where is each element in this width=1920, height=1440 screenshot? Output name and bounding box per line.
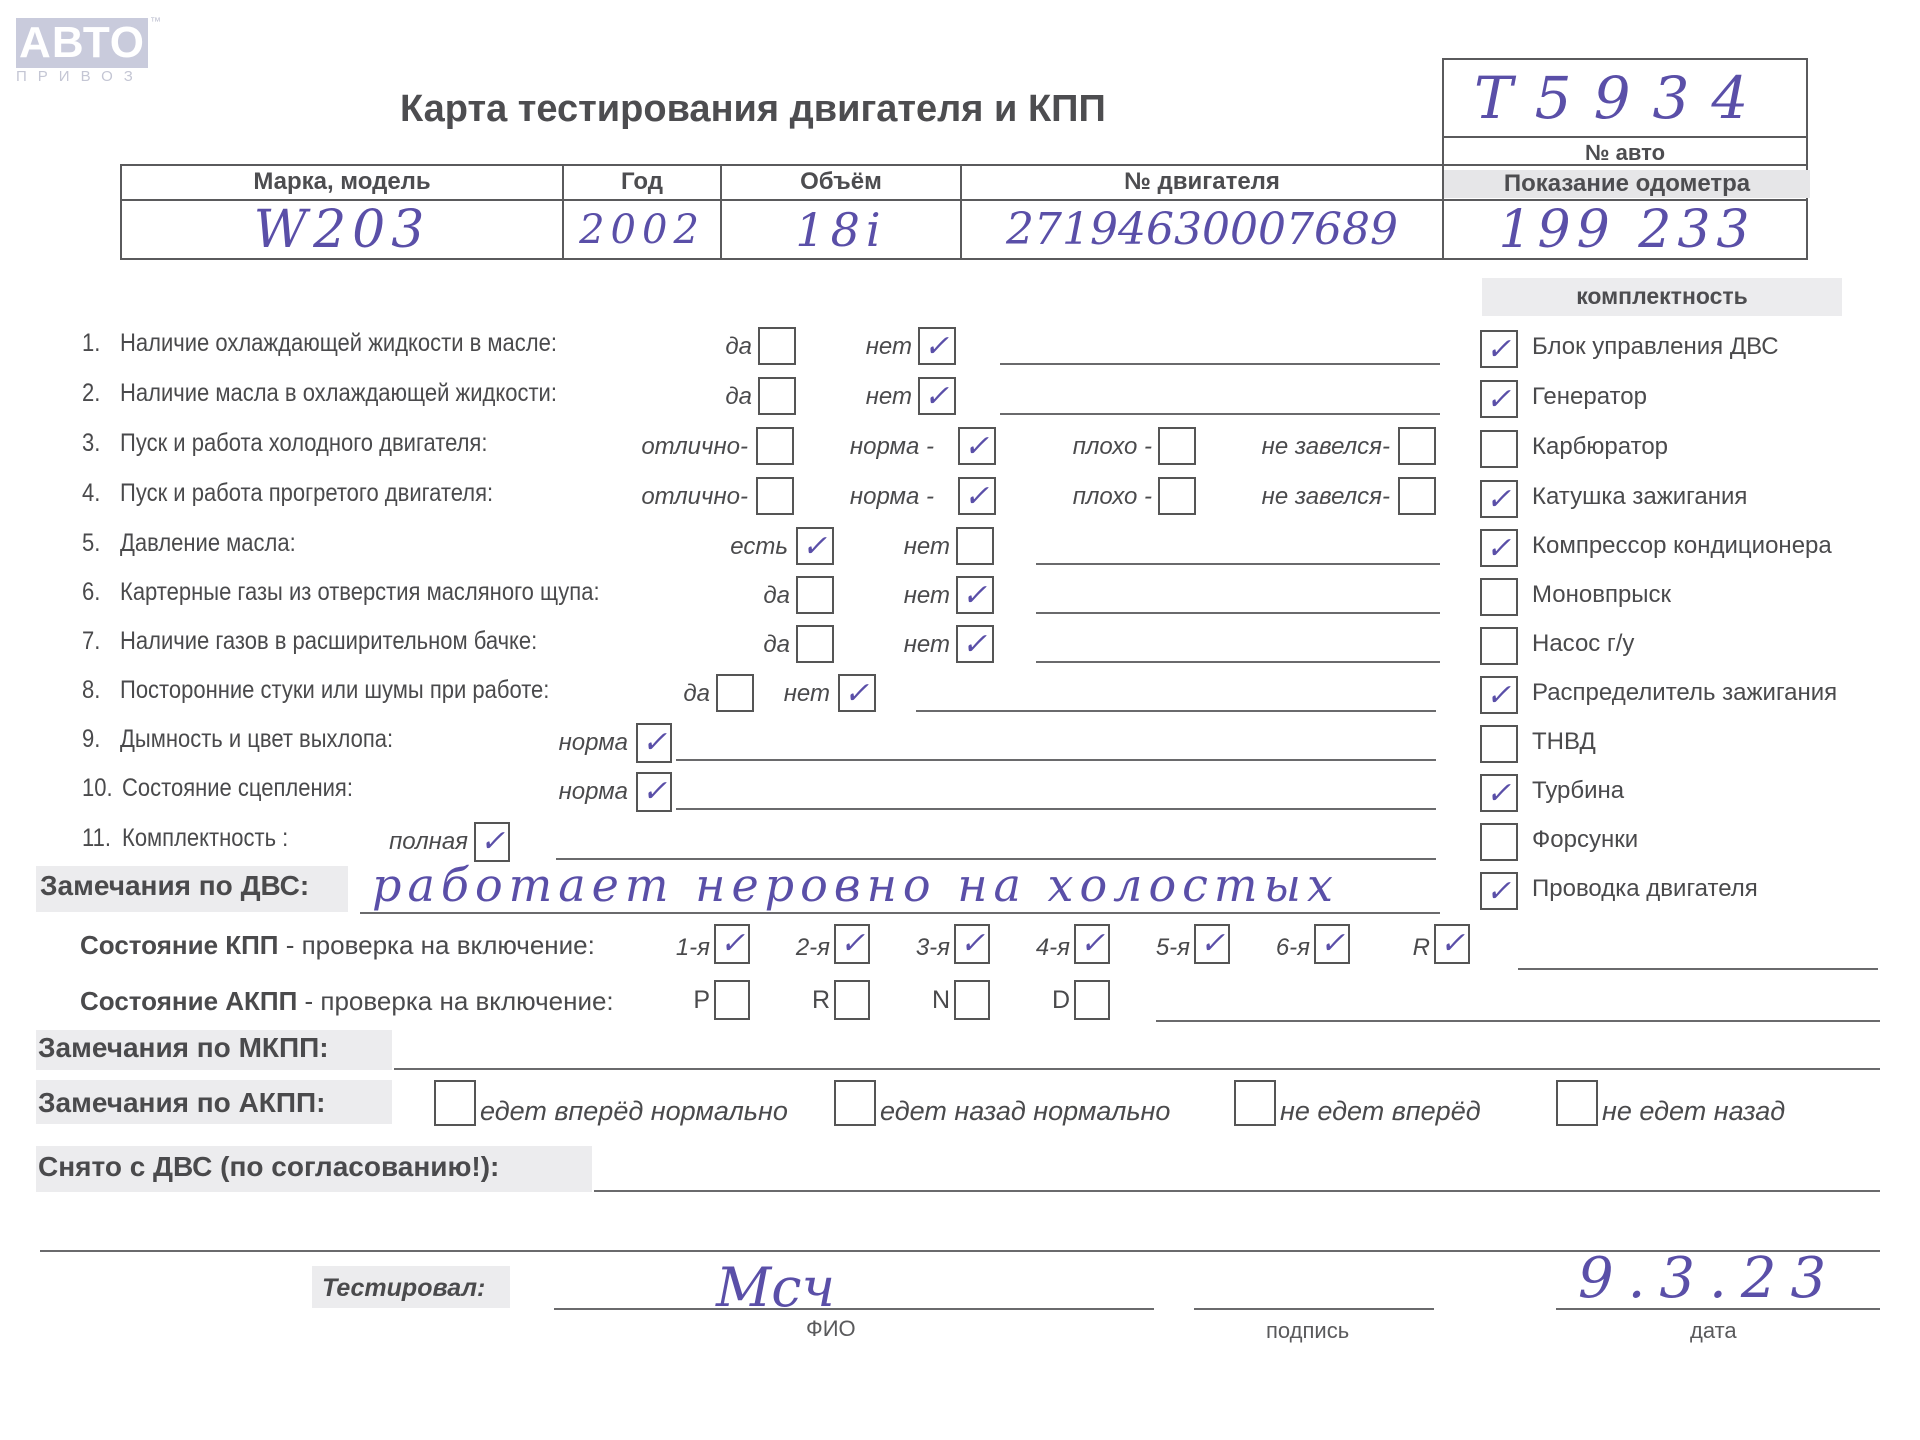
kit-checkbox-12[interactable]: ✓ <box>1480 872 1518 910</box>
gear-label: 1-я <box>676 934 710 962</box>
vehicle-table-value[interactable]: 27194630007689 <box>962 202 1442 258</box>
auto-remark-label: едет вперёд нормально <box>480 1096 788 1127</box>
question-option-label: норма - <box>850 483 934 511</box>
question-text: Пуск и работа холодного двигателя: <box>120 429 487 458</box>
auto-position-label: P <box>693 986 710 1015</box>
question-number: 9. <box>82 725 100 754</box>
gear-label: R <box>1413 934 1430 962</box>
question-number: 3. <box>82 429 100 458</box>
engine-remarks-line <box>360 912 1440 914</box>
kit-item-label: Турбина <box>1532 777 1624 805</box>
kit-header: комплектность <box>1482 283 1842 310</box>
check-mark-icon: ✓ <box>1486 332 1511 368</box>
question-option-label: нет <box>904 533 950 561</box>
question-1-notes-line[interactable] <box>1000 363 1440 365</box>
question-4-option-3[interactable] <box>1158 477 1196 515</box>
question-7-notes-line[interactable] <box>1036 661 1440 663</box>
auto-remark-checkbox-3[interactable] <box>1234 1080 1276 1126</box>
vehicle-table: Марка, модельW203Год2002Объём18i№ двигат… <box>120 164 1808 260</box>
check-mark-icon: ✓ <box>1080 926 1105 962</box>
kit-item-label: Распределитель зажигания <box>1532 679 1837 707</box>
question-number: 8. <box>82 676 100 705</box>
question-text: Комплектность : <box>122 824 288 853</box>
question-number: 6. <box>82 578 100 607</box>
kit-item-label: ТНВД <box>1532 728 1596 756</box>
car-number-value[interactable]: T5934 <box>1474 64 1770 132</box>
check-mark-icon: ✓ <box>962 627 987 663</box>
question-10-notes-line[interactable] <box>676 808 1436 810</box>
question-option-label: есть <box>730 533 788 561</box>
check-mark-icon: ✓ <box>642 774 667 810</box>
kit-item-label: Компрессор кондиционера <box>1532 532 1832 560</box>
manual-remarks-line[interactable] <box>394 1068 1880 1070</box>
logo-subtitle: ПРИВОЗ <box>16 68 150 85</box>
vehicle-table-value[interactable]: 199 233 <box>1444 202 1810 258</box>
car-number-box: T5934 № авто <box>1442 58 1808 170</box>
question-option-label: да <box>763 631 790 659</box>
gear-label: 5-я <box>1156 934 1190 962</box>
question-11-option-1[interactable]: ✓ <box>474 822 510 862</box>
check-mark-icon: ✓ <box>642 725 667 761</box>
check-mark-icon: ✓ <box>1486 874 1511 910</box>
vehicle-table-header: № двигателя <box>962 168 1442 196</box>
signature-line[interactable] <box>1194 1308 1434 1310</box>
removed-label: Снято с ДВС (по согласованию!): <box>38 1151 499 1183</box>
kit-item-label: Генератор <box>1532 383 1647 411</box>
auto-remarks-label: Замечания по АКПП: <box>38 1087 325 1119</box>
kit-item-label: Карбюратор <box>1532 433 1668 461</box>
kit-checkbox-9[interactable] <box>1480 725 1518 763</box>
question-4-option-2[interactable]: ✓ <box>958 477 996 515</box>
gear-label: 3-я <box>916 934 950 962</box>
kit-checkbox-5[interactable]: ✓ <box>1480 529 1518 567</box>
check-mark-icon: ✓ <box>924 379 949 415</box>
engine-remarks-value[interactable]: работает неровно на холостых <box>372 858 1339 912</box>
gear-checkbox-2[interactable]: ✓ <box>834 924 870 964</box>
kit-checkbox-7[interactable] <box>1480 627 1518 665</box>
auto-gearbox-line <box>1156 1020 1880 1022</box>
question-option-label: да <box>725 333 752 361</box>
vehicle-table-value[interactable]: 2002 <box>564 202 720 258</box>
question-6-option-2[interactable]: ✓ <box>956 576 994 614</box>
date-value[interactable]: 9.3.23 <box>1578 1246 1840 1311</box>
question-option-label: норма <box>559 729 628 757</box>
question-3-option-4[interactable] <box>1398 427 1436 465</box>
question-text: Наличие охлаждающей жидкости в масле: <box>120 329 557 358</box>
check-mark-icon: ✓ <box>1486 531 1511 567</box>
question-option-label: да <box>763 582 790 610</box>
gear-label: 6-я <box>1276 934 1310 962</box>
question-option-label: отлично- <box>641 483 748 511</box>
vehicle-table-value[interactable]: W203 <box>122 202 562 258</box>
vehicle-table-column: Объём18i <box>722 166 962 260</box>
question-6-notes-line[interactable] <box>1036 612 1440 614</box>
question-number: 1. <box>82 329 100 358</box>
check-mark-icon: ✓ <box>960 926 985 962</box>
check-mark-icon: ✓ <box>1440 926 1465 962</box>
question-text: Дымность и цвет выхлопа: <box>120 725 393 754</box>
question-4-option-4[interactable] <box>1398 477 1436 515</box>
question-9-notes-line[interactable] <box>676 759 1436 761</box>
auto-position-checkbox-1[interactable] <box>714 980 750 1020</box>
vehicle-table-column: Марка, модельW203 <box>122 166 564 260</box>
gear-checkbox-5[interactable]: ✓ <box>1194 924 1230 964</box>
kit-item-label: Моновпрыск <box>1532 581 1671 609</box>
question-option-label: нет <box>904 631 950 659</box>
question-option-label: нет <box>866 333 912 361</box>
question-number: 4. <box>82 479 100 508</box>
gear-label: 4-я <box>1036 934 1070 962</box>
car-number-label: № авто <box>1444 140 1806 166</box>
tester-name[interactable]: Мсч <box>716 1256 835 1319</box>
question-text: Наличие масла в охлаждающей жидкости: <box>120 379 557 408</box>
question-option-label: отлично- <box>641 433 748 461</box>
question-6-option-1[interactable] <box>796 576 834 614</box>
question-option-label: да <box>683 680 710 708</box>
logo: АВТО <box>16 18 148 68</box>
vehicle-table-column: Показание одометра199 233 <box>1444 166 1810 260</box>
manual-gearbox-label: Состояние КПП - проверка на включение: <box>80 930 595 961</box>
date-caption: дата <box>1690 1318 1737 1344</box>
auto-position-label: D <box>1052 986 1070 1015</box>
question-10-option-1[interactable]: ✓ <box>636 772 672 812</box>
logo-trademark: ™ <box>150 16 161 28</box>
question-text: Пуск и работа прогретого двигателя: <box>120 479 493 508</box>
check-mark-icon: ✓ <box>480 824 505 860</box>
check-mark-icon: ✓ <box>964 429 989 465</box>
gear-checkbox-7[interactable]: ✓ <box>1434 924 1470 964</box>
question-number: 2. <box>82 379 100 408</box>
auto-remark-checkbox-2[interactable] <box>834 1080 876 1126</box>
question-2-option-2[interactable]: ✓ <box>918 377 956 415</box>
gear-checkbox-3[interactable]: ✓ <box>954 924 990 964</box>
check-mark-icon: ✓ <box>840 926 865 962</box>
kit-checkbox-2[interactable]: ✓ <box>1480 380 1518 418</box>
question-option-label: нет <box>904 582 950 610</box>
auto-position-label: R <box>812 986 830 1015</box>
question-number: 5. <box>82 529 100 558</box>
question-number: 10. <box>82 774 113 803</box>
check-mark-icon: ✓ <box>1200 926 1225 962</box>
kit-item-label: Проводка двигателя <box>1532 875 1758 903</box>
auto-position-checkbox-3[interactable] <box>954 980 990 1020</box>
question-option-label: не завелся- <box>1262 433 1390 461</box>
check-mark-icon: ✓ <box>802 529 827 565</box>
vehicle-table-header: Показание одометра <box>1444 170 1810 198</box>
auto-remark-label: не едет назад <box>1602 1096 1785 1127</box>
kit-item-label: Катушка зажигания <box>1532 483 1747 511</box>
question-5-option-1[interactable]: ✓ <box>796 527 834 565</box>
gear-checkbox-1[interactable]: ✓ <box>714 924 750 964</box>
removed-line[interactable] <box>594 1190 1880 1192</box>
question-text: Давление масла: <box>120 529 296 558</box>
gear-checkbox-4[interactable]: ✓ <box>1074 924 1110 964</box>
check-mark-icon: ✓ <box>924 329 949 365</box>
question-11-notes-line[interactable] <box>556 858 1436 860</box>
question-text: Посторонние стуки или шумы при работе: <box>120 676 549 705</box>
question-option-label: нет <box>866 383 912 411</box>
question-option-label: плохо - <box>1073 483 1152 511</box>
question-3-option-1[interactable] <box>756 427 794 465</box>
auto-position-label: N <box>932 986 950 1015</box>
name-line <box>554 1308 1154 1310</box>
question-4-option-1[interactable] <box>756 477 794 515</box>
question-number: 7. <box>82 627 100 656</box>
question-option-label: да <box>725 383 752 411</box>
kit-item-label: Насос г/у <box>1532 630 1634 658</box>
vehicle-table-value[interactable]: 18i <box>722 202 960 258</box>
question-3-option-3[interactable] <box>1158 427 1196 465</box>
question-2-notes-line[interactable] <box>1000 413 1440 415</box>
tested-by-label: Тестировал: <box>322 1274 485 1303</box>
check-mark-icon: ✓ <box>1486 482 1511 518</box>
question-7-option-2[interactable]: ✓ <box>956 625 994 663</box>
question-option-label: норма - <box>850 433 934 461</box>
kit-checkbox-6[interactable] <box>1480 578 1518 616</box>
question-text: Наличие газов в расширительном бачке: <box>120 627 537 656</box>
signature-caption: подпись <box>1266 1318 1349 1344</box>
kit-checkbox-8[interactable]: ✓ <box>1480 676 1518 714</box>
check-mark-icon: ✓ <box>1486 776 1511 812</box>
question-3-option-2[interactable]: ✓ <box>958 427 996 465</box>
kit-checkbox-1[interactable]: ✓ <box>1480 330 1518 368</box>
question-8-notes-line[interactable] <box>916 710 1436 712</box>
check-mark-icon: ✓ <box>962 578 987 614</box>
check-mark-icon: ✓ <box>1486 382 1511 418</box>
auto-gearbox-label: Состояние АКПП - проверка на включение: <box>80 986 614 1017</box>
auto-remark-checkbox-1[interactable] <box>434 1080 476 1126</box>
gear-checkbox-6[interactable]: ✓ <box>1314 924 1350 964</box>
vehicle-table-column: Год2002 <box>564 166 722 260</box>
auto-position-checkbox-4[interactable] <box>1074 980 1110 1020</box>
check-mark-icon: ✓ <box>844 676 869 712</box>
kit-checkbox-3[interactable] <box>1480 430 1518 468</box>
question-option-label: нет <box>784 680 830 708</box>
auto-remark-label: едет назад нормально <box>880 1096 1170 1127</box>
vehicle-table-header: Объём <box>722 168 960 196</box>
manual-remarks-label: Замечания по МКПП: <box>38 1032 329 1064</box>
question-8-option-1[interactable] <box>716 674 754 712</box>
check-mark-icon: ✓ <box>1486 678 1511 714</box>
name-caption: ФИО <box>806 1316 856 1342</box>
question-option-label: не завелся- <box>1262 483 1390 511</box>
auto-position-checkbox-2[interactable] <box>834 980 870 1020</box>
auto-remark-label: не едет вперёд <box>1280 1096 1481 1127</box>
kit-item-label: Блок управления ДВС <box>1532 333 1779 361</box>
question-number: 11. <box>82 824 111 853</box>
question-1-option-1[interactable] <box>758 327 796 365</box>
question-8-option-2[interactable]: ✓ <box>838 674 876 712</box>
engine-remarks-label: Замечания по ДВС: <box>40 870 309 902</box>
gear-label: 2-я <box>796 934 830 962</box>
check-mark-icon: ✓ <box>720 926 745 962</box>
question-2-option-1[interactable] <box>758 377 796 415</box>
vehicle-table-column: № двигателя27194630007689 <box>962 166 1444 260</box>
kit-item-label: Форсунки <box>1532 826 1638 854</box>
manual-gearbox-line <box>1518 968 1878 970</box>
question-5-notes-line[interactable] <box>1036 563 1440 565</box>
kit-checkbox-10[interactable]: ✓ <box>1480 774 1518 812</box>
question-text: Картерные газы из отверстия масляного щу… <box>120 578 600 607</box>
question-1-option-2[interactable]: ✓ <box>918 327 956 365</box>
question-text: Состояние сцепления: <box>122 774 353 803</box>
question-9-option-1[interactable]: ✓ <box>636 723 672 763</box>
vehicle-table-header: Год <box>564 168 720 196</box>
question-5-option-2[interactable] <box>956 527 994 565</box>
vehicle-table-header: Марка, модель <box>122 168 562 196</box>
kit-checkbox-4[interactable]: ✓ <box>1480 480 1518 518</box>
question-7-option-1[interactable] <box>796 625 834 663</box>
page-title: Карта тестирования двигателя и КПП <box>400 88 1106 131</box>
question-option-label: полная <box>389 828 468 856</box>
question-option-label: плохо - <box>1073 433 1152 461</box>
kit-checkbox-11[interactable] <box>1480 823 1518 861</box>
auto-remark-checkbox-4[interactable] <box>1556 1080 1598 1126</box>
check-mark-icon: ✓ <box>964 479 989 515</box>
check-mark-icon: ✓ <box>1320 926 1345 962</box>
question-option-label: норма <box>559 778 628 806</box>
